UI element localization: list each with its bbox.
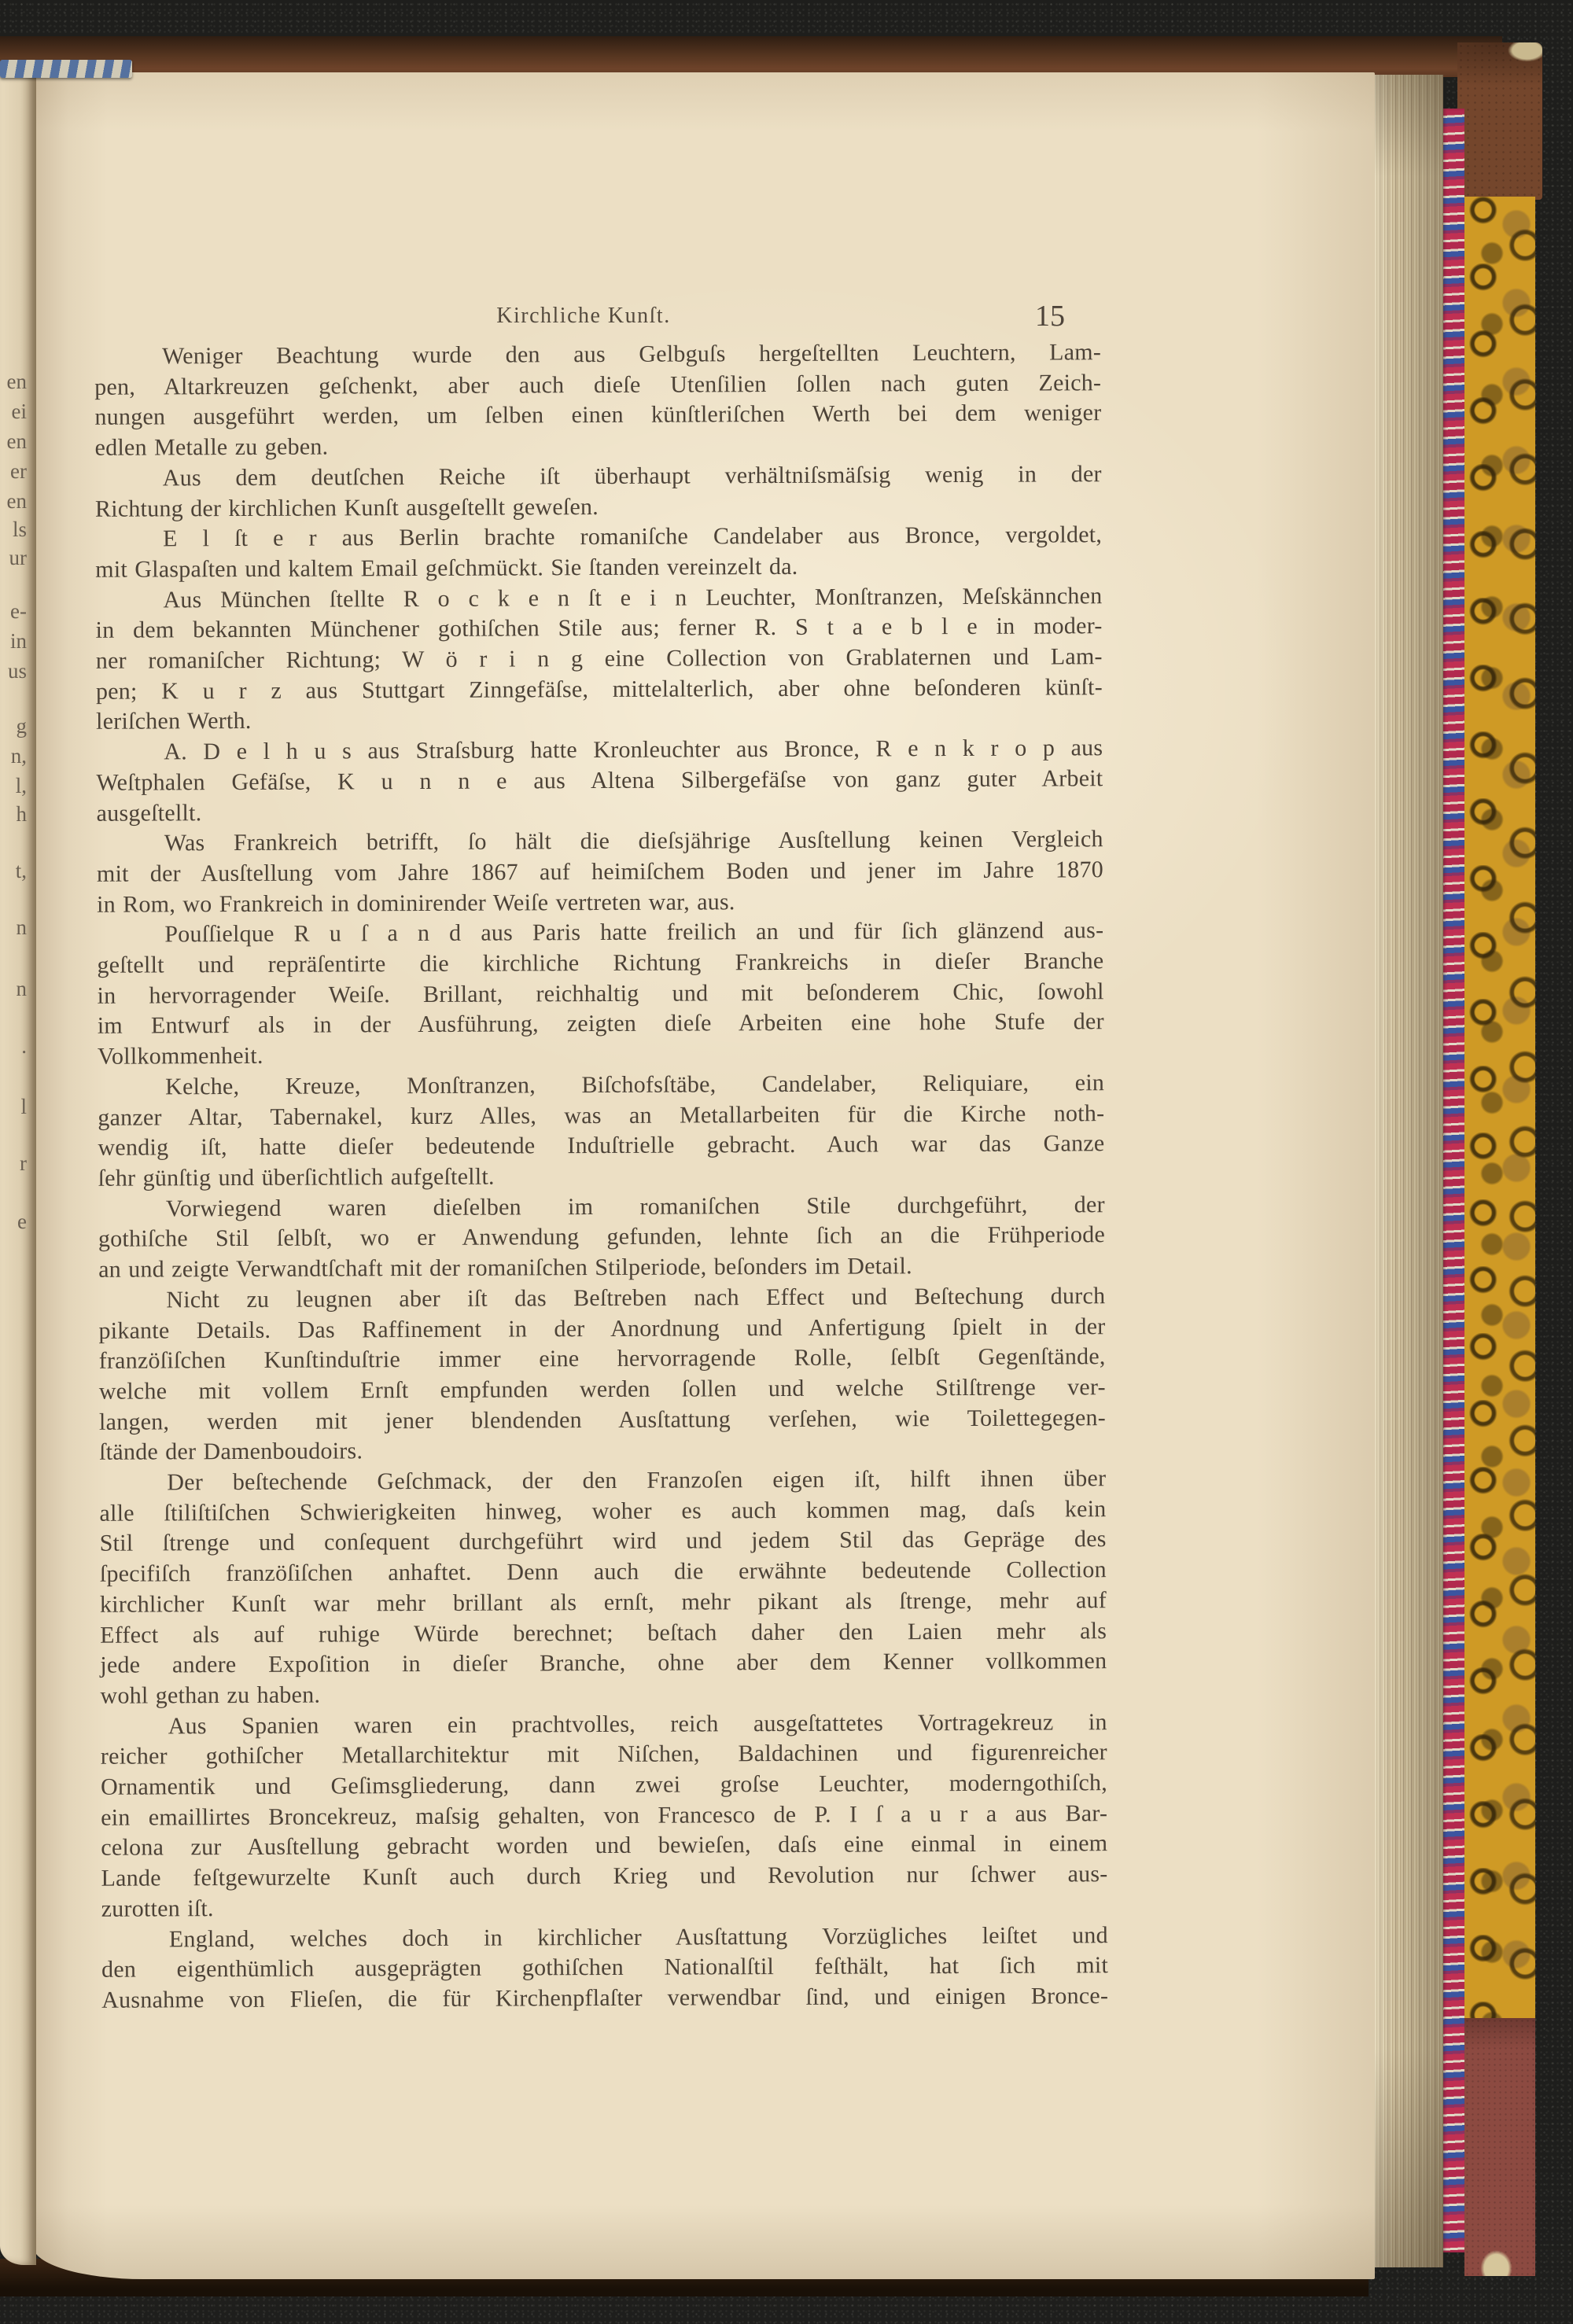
text-line: Weſtphalen Gefäſse, K u n n e aus Altena… [96,764,1103,798]
text-line: leriſchen Werth. [96,703,1103,738]
text-line: Ornamentik und Geſimsgliederung, dann zw… [101,1768,1107,1803]
text-line: pen; K u r z aus Stuttgart Zinngefäſse, … [96,672,1103,707]
text-line: Effect als auf ruhige Würde berechnet; b… [100,1616,1107,1651]
paragraph: Der beſtechende Geſchmack, der den Franz… [99,1464,1107,1711]
text-line: pen, Altarkreuzen geſchenkt, aber auch d… [94,368,1101,403]
text-line: nungen ausgeführt werden, um ſelben eine… [94,399,1101,433]
text-line: wohl gethan zu haben. [100,1677,1107,1711]
paragraph: Weniger Beachtung wurde den aus Gelbguſs… [94,337,1102,463]
text-line: zurotten iſt. [101,1890,1108,1924]
text-line: reicher gothiſcher Metallarchitektur mit… [101,1738,1107,1773]
text-line: ganzer Altar, Tabernakel, kurz Alles, wa… [98,1099,1104,1133]
text-line: Vorwiegend waren dieſelben im romaniſche… [98,1190,1105,1225]
marbled-endpaper-edge [1443,109,1464,2252]
paragraph: Aus München ſtellte R o c k e n ſt e i n… [95,581,1103,738]
text-line: ner romaniſcher Richtung; W ö r i n g ei… [96,642,1103,676]
text-line: in Rom, wo Frankreich in dominirender We… [97,886,1103,920]
text-line: im Entwurf als in der Ausführung, zeigte… [98,1007,1104,1042]
paragraph: E l ſt e r aus Berlin brachte romaniſche… [95,520,1102,585]
text-line: Aus Spanien waren ein prachtvolles, reic… [101,1707,1107,1742]
text-line: ein emaillirtes Broncekreuz, maſsig geha… [101,1799,1107,1833]
text-line: alle ſtiliſtiſchen Schwierigkeiten hinwe… [99,1494,1106,1529]
text-line: celona zur Ausſtellung gebracht worden u… [101,1829,1107,1864]
text-line: Pouſſielque R u ſ a n d aus Paris hatte … [97,916,1103,951]
text-line: mit der Ausſtellung vom Jahre 1867 auf h… [97,855,1103,889]
text-line: wendig iſt, hatte dieſer bedeutende Indu… [98,1129,1104,1163]
book-headband [0,60,132,78]
text-line: ſehr günſtig und überſichtlich aufgeſtel… [98,1159,1105,1194]
running-head: Kirchliche Kunſt. [66,304,1101,329]
paragraph: Nicht zu leugnen aber iſt das Beſtreben … [98,1281,1106,1468]
text-line: franzöſiſchen Kunſtinduſtrie immer eine … [99,1342,1106,1376]
text-line: Lande feſtgewurzelte Kunſt auch durch Kr… [101,1859,1107,1894]
text-line: ausgeſtellt. [97,794,1103,829]
paragraph: Was Frankreich betrifft, ſo hält die die… [97,824,1103,920]
text-line: welche mit vollem Ernſt empfunden werden… [99,1372,1106,1407]
text-line: Kelche, Kreuze, Monſtranzen, Biſchofsſtä… [98,1068,1104,1103]
text-line: ſtände der Damenboudoirs. [99,1434,1106,1468]
text-line: Vollkommenheit. [98,1037,1104,1072]
text-line: Aus dem deutſchen Reiche iſt überhaupt v… [95,459,1102,494]
text-line: kirchlicher Kunſt war mehr brillant als … [100,1586,1107,1620]
paragraph: Kelche, Kreuze, Monſtranzen, Biſchofsſtä… [98,1068,1105,1194]
text-line: Nicht zu leugnen aber iſt das Beſtreben … [98,1281,1105,1316]
text-line: den eigenthümlich ausgeprägten gothiſche… [101,1950,1108,1985]
text-block: Weniger Beachtung wurde den aus Gelbguſs… [94,337,1108,2016]
page-fore-edge [1375,75,1443,2267]
text-line: an und zeigte Verwandtſchaft mit der rom… [98,1250,1105,1285]
paragraph: Aus dem deutſchen Reiche iſt überhaupt v… [95,459,1102,525]
text-line: gothiſche Stil ſelbſt, wo er Anwendung g… [98,1221,1105,1255]
text-line: Richtung der kirchlichen Kunſt ausgeſtel… [95,490,1102,525]
cover-leather-top-corner [1457,42,1542,200]
paragraph: England, welches doch in kirchlicher Aus… [101,1921,1108,2016]
text-line: England, welches doch in kirchlicher Aus… [101,1921,1108,1955]
cover-marbled-paper-edge [1464,197,1535,2018]
text-line: pikante Details. Das Raffinement in der … [98,1312,1105,1346]
paragraph: Aus Spanien waren ein prachtvolles, reic… [101,1707,1108,1925]
paragraph: A. D e l h u s aus Straſsburg hatte Kron… [96,733,1103,829]
text-line: in hervorragender Weiſe. Brillant, reich… [98,977,1104,1011]
text-line: Weniger Beachtung wurde den aus Gelbguſs… [94,337,1101,372]
text-line: Stil ſtrenge und conſequent durchgeführt… [100,1525,1107,1560]
book-cover-top-edge [0,36,1502,77]
text-line: Was Frankreich betrifft, ſo hält die die… [97,824,1103,859]
text-line: in dem bekannten Münchener gothiſchen St… [96,612,1103,646]
book-page: Kirchliche Kunſt. 15 Weniger Beachtung w… [33,72,1375,2279]
text-line: Der beſtechende Geſchmack, der den Franz… [99,1464,1106,1498]
text-line: langen, werden mit jener blendenden Ausſ… [99,1403,1106,1438]
text-line: ſpecifiſch franzöſiſchen anhaftet. Denn … [100,1555,1107,1589]
text-line: geſtellt und repräſentirte die kirchlich… [97,946,1103,981]
text-line: Aus München ſtellte R o c k e n ſt e i n… [95,581,1102,616]
book-scan: Kirchliche Kunſt. 15 Weniger Beachtung w… [0,0,1573,2324]
text-line: edlen Metalle zu geben. [95,429,1102,463]
cover-leather-bottom-corner [1464,2018,1535,2276]
paragraph: Vorwiegend waren dieſelben im romaniſche… [98,1190,1105,1286]
page-number: 15 [1035,299,1065,333]
facing-page-edge [0,76,36,2265]
text-line: mit Glaspaſten und kaltem Email geſchmüc… [95,551,1102,585]
text-line: A. D e l h u s aus Straſsburg hatte Kron… [96,733,1103,768]
text-line: jede andere Expoſition in dieſer Branche… [100,1646,1107,1681]
paragraph: Pouſſielque R u ſ a n d aus Paris hatte … [97,916,1104,1073]
text-line: E l ſt e r aus Berlin brachte romaniſche… [95,520,1102,554]
text-line: Ausnahme von Flieſen, die für Kirchenpfl… [101,1981,1108,2016]
